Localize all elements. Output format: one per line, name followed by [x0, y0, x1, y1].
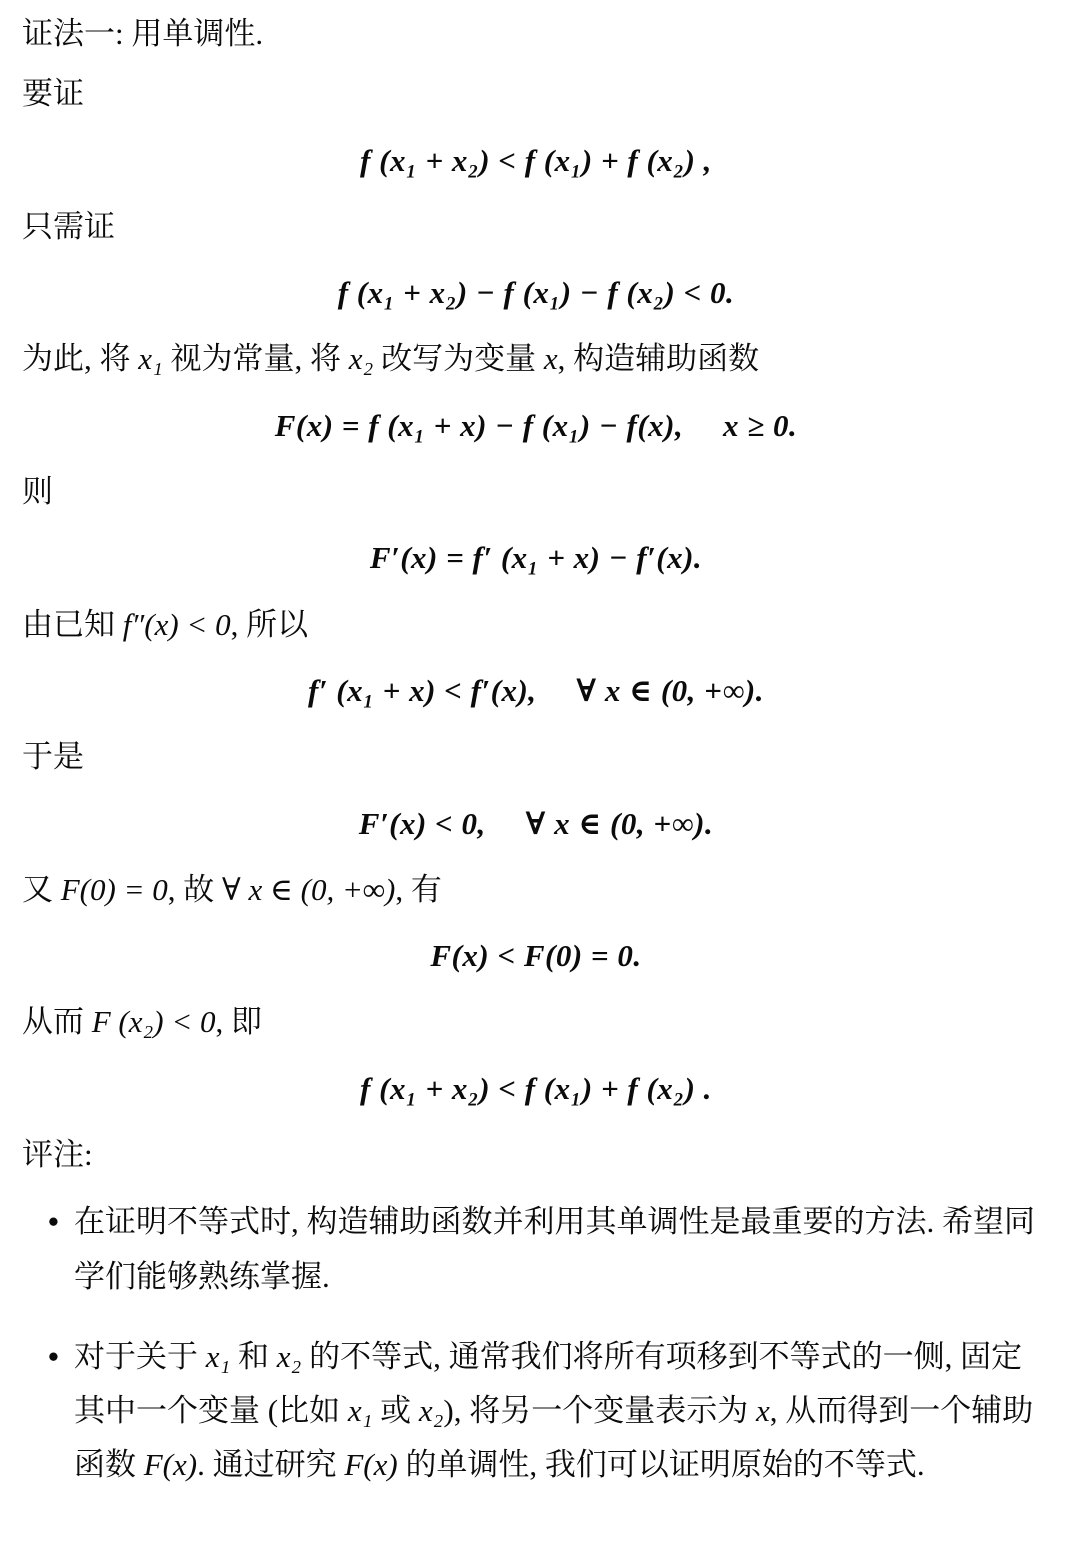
then-lead-text: 则 — [22, 472, 1050, 512]
display-formula-F-negative: F(x) < F(0) = 0. — [22, 930, 1050, 982]
text-run: 改写为变量 — [373, 341, 544, 376]
bullet-icon: • — [48, 1330, 59, 1384]
construct-aux-paragraph: 为此, 将 x₁ 视为常量, 将 x₂ 改写为变量 x, 构造辅助函数 — [22, 339, 1050, 379]
text-run: , 即 — [216, 1004, 263, 1039]
goal-lead-text: 要证 — [22, 74, 1050, 114]
text-run: , 有 — [395, 872, 442, 907]
math-proof-document: 证法一: 用单调性. 要证 f (x₁ + x₂) < f (x₁) + f (… — [0, 0, 1080, 1543]
text-run: , 故 — [168, 872, 222, 907]
text-run: , 构造辅助函数 — [558, 341, 760, 376]
inline-math: ∀ x ∈ (0, +∞) — [222, 872, 395, 907]
display-formula-derivative: F′(x) = f′ (x₁ + x) − f′(x). — [22, 532, 1050, 584]
text-run: 的单调性, 我们可以证明原始的不等式. — [398, 1447, 925, 1482]
text-run: . 通过研究 — [197, 1447, 344, 1482]
remark-text: 在证明不等式时, 构造辅助函数并利用其单调性是最重要的方法. 希望同学们能够熟练… — [74, 1204, 1035, 1293]
conclusion-lead-paragraph: 从而 F (x₂) < 0, 即 — [22, 1002, 1050, 1042]
thus-lead-text: 于是 — [22, 737, 1050, 777]
inline-math: F (x₂) < 0 — [92, 1004, 216, 1039]
bullet-icon: • — [48, 1195, 59, 1249]
inline-math: x — [756, 1393, 770, 1428]
inline-math: x₁ — [348, 1393, 373, 1428]
inline-math: x — [544, 341, 558, 376]
remark-label: 评注: — [22, 1135, 1050, 1175]
text-run: 为此, 将 — [22, 341, 138, 376]
display-formula-reduced-inequality: f (x₁ + x₂) − f (x₁) − f (x₂) < 0. — [22, 267, 1050, 319]
remark-item-1: •在证明不等式时, 构造辅助函数并利用其单调性是最重要的方法. 希望同学们能够熟… — [74, 1195, 1050, 1304]
text-run: 对于关于 — [74, 1339, 206, 1374]
text-run: 又 — [22, 872, 61, 907]
inline-math: F(x) — [144, 1447, 197, 1482]
inline-math: F(0) = 0 — [61, 872, 168, 907]
inline-math: x₂ — [419, 1393, 444, 1428]
display-formula-final-inequality: f (x₁ + x₂) < f (x₁) + f (x₂) . — [22, 1063, 1050, 1115]
inline-math: x₂ — [277, 1339, 302, 1374]
text-run: ), 将另一个变量表示为 — [443, 1393, 756, 1428]
display-formula-Fprime-negative: F′(x) < 0, ∀ x ∈ (0, +∞). — [22, 798, 1050, 850]
known-condition-paragraph: 由已知 f″(x) < 0, 所以 — [22, 605, 1050, 645]
zero-value-paragraph: 又 F(0) = 0, 故 ∀ x ∈ (0, +∞), 有 — [22, 870, 1050, 910]
inline-math: F(x) — [344, 1447, 397, 1482]
text-run: 和 — [230, 1339, 277, 1374]
display-formula-target-inequality: f (x₁ + x₂) < f (x₁) + f (x₂) , — [22, 135, 1050, 187]
inline-math: x₂ — [349, 341, 374, 376]
inline-math: x₁ — [206, 1339, 231, 1374]
proof-method-title: 证法一: 用单调性. — [22, 14, 1050, 54]
inline-math: f″(x) < 0 — [123, 607, 231, 642]
text-run: 由已知 — [22, 607, 123, 642]
text-run: 视为常量, 将 — [163, 341, 349, 376]
inline-math: x₁ — [138, 341, 163, 376]
text-run: 从而 — [22, 1004, 92, 1039]
text-run: 或 — [372, 1393, 419, 1428]
display-formula-fprime-inequality: f′ (x₁ + x) < f′(x), ∀ x ∈ (0, +∞). — [22, 665, 1050, 717]
display-formula-aux-function: F(x) = f (x₁ + x) − f (x₁) − f(x), x ≥ 0… — [22, 400, 1050, 452]
suffices-lead-text: 只需证 — [22, 207, 1050, 247]
text-run: , 所以 — [231, 607, 309, 642]
remarks-list: •在证明不等式时, 构造辅助函数并利用其单调性是最重要的方法. 希望同学们能够熟… — [22, 1195, 1050, 1492]
remark-item-2: •对于关于 x₁ 和 x₂ 的不等式, 通常我们将所有项移到不等式的一侧, 固定… — [74, 1330, 1050, 1493]
